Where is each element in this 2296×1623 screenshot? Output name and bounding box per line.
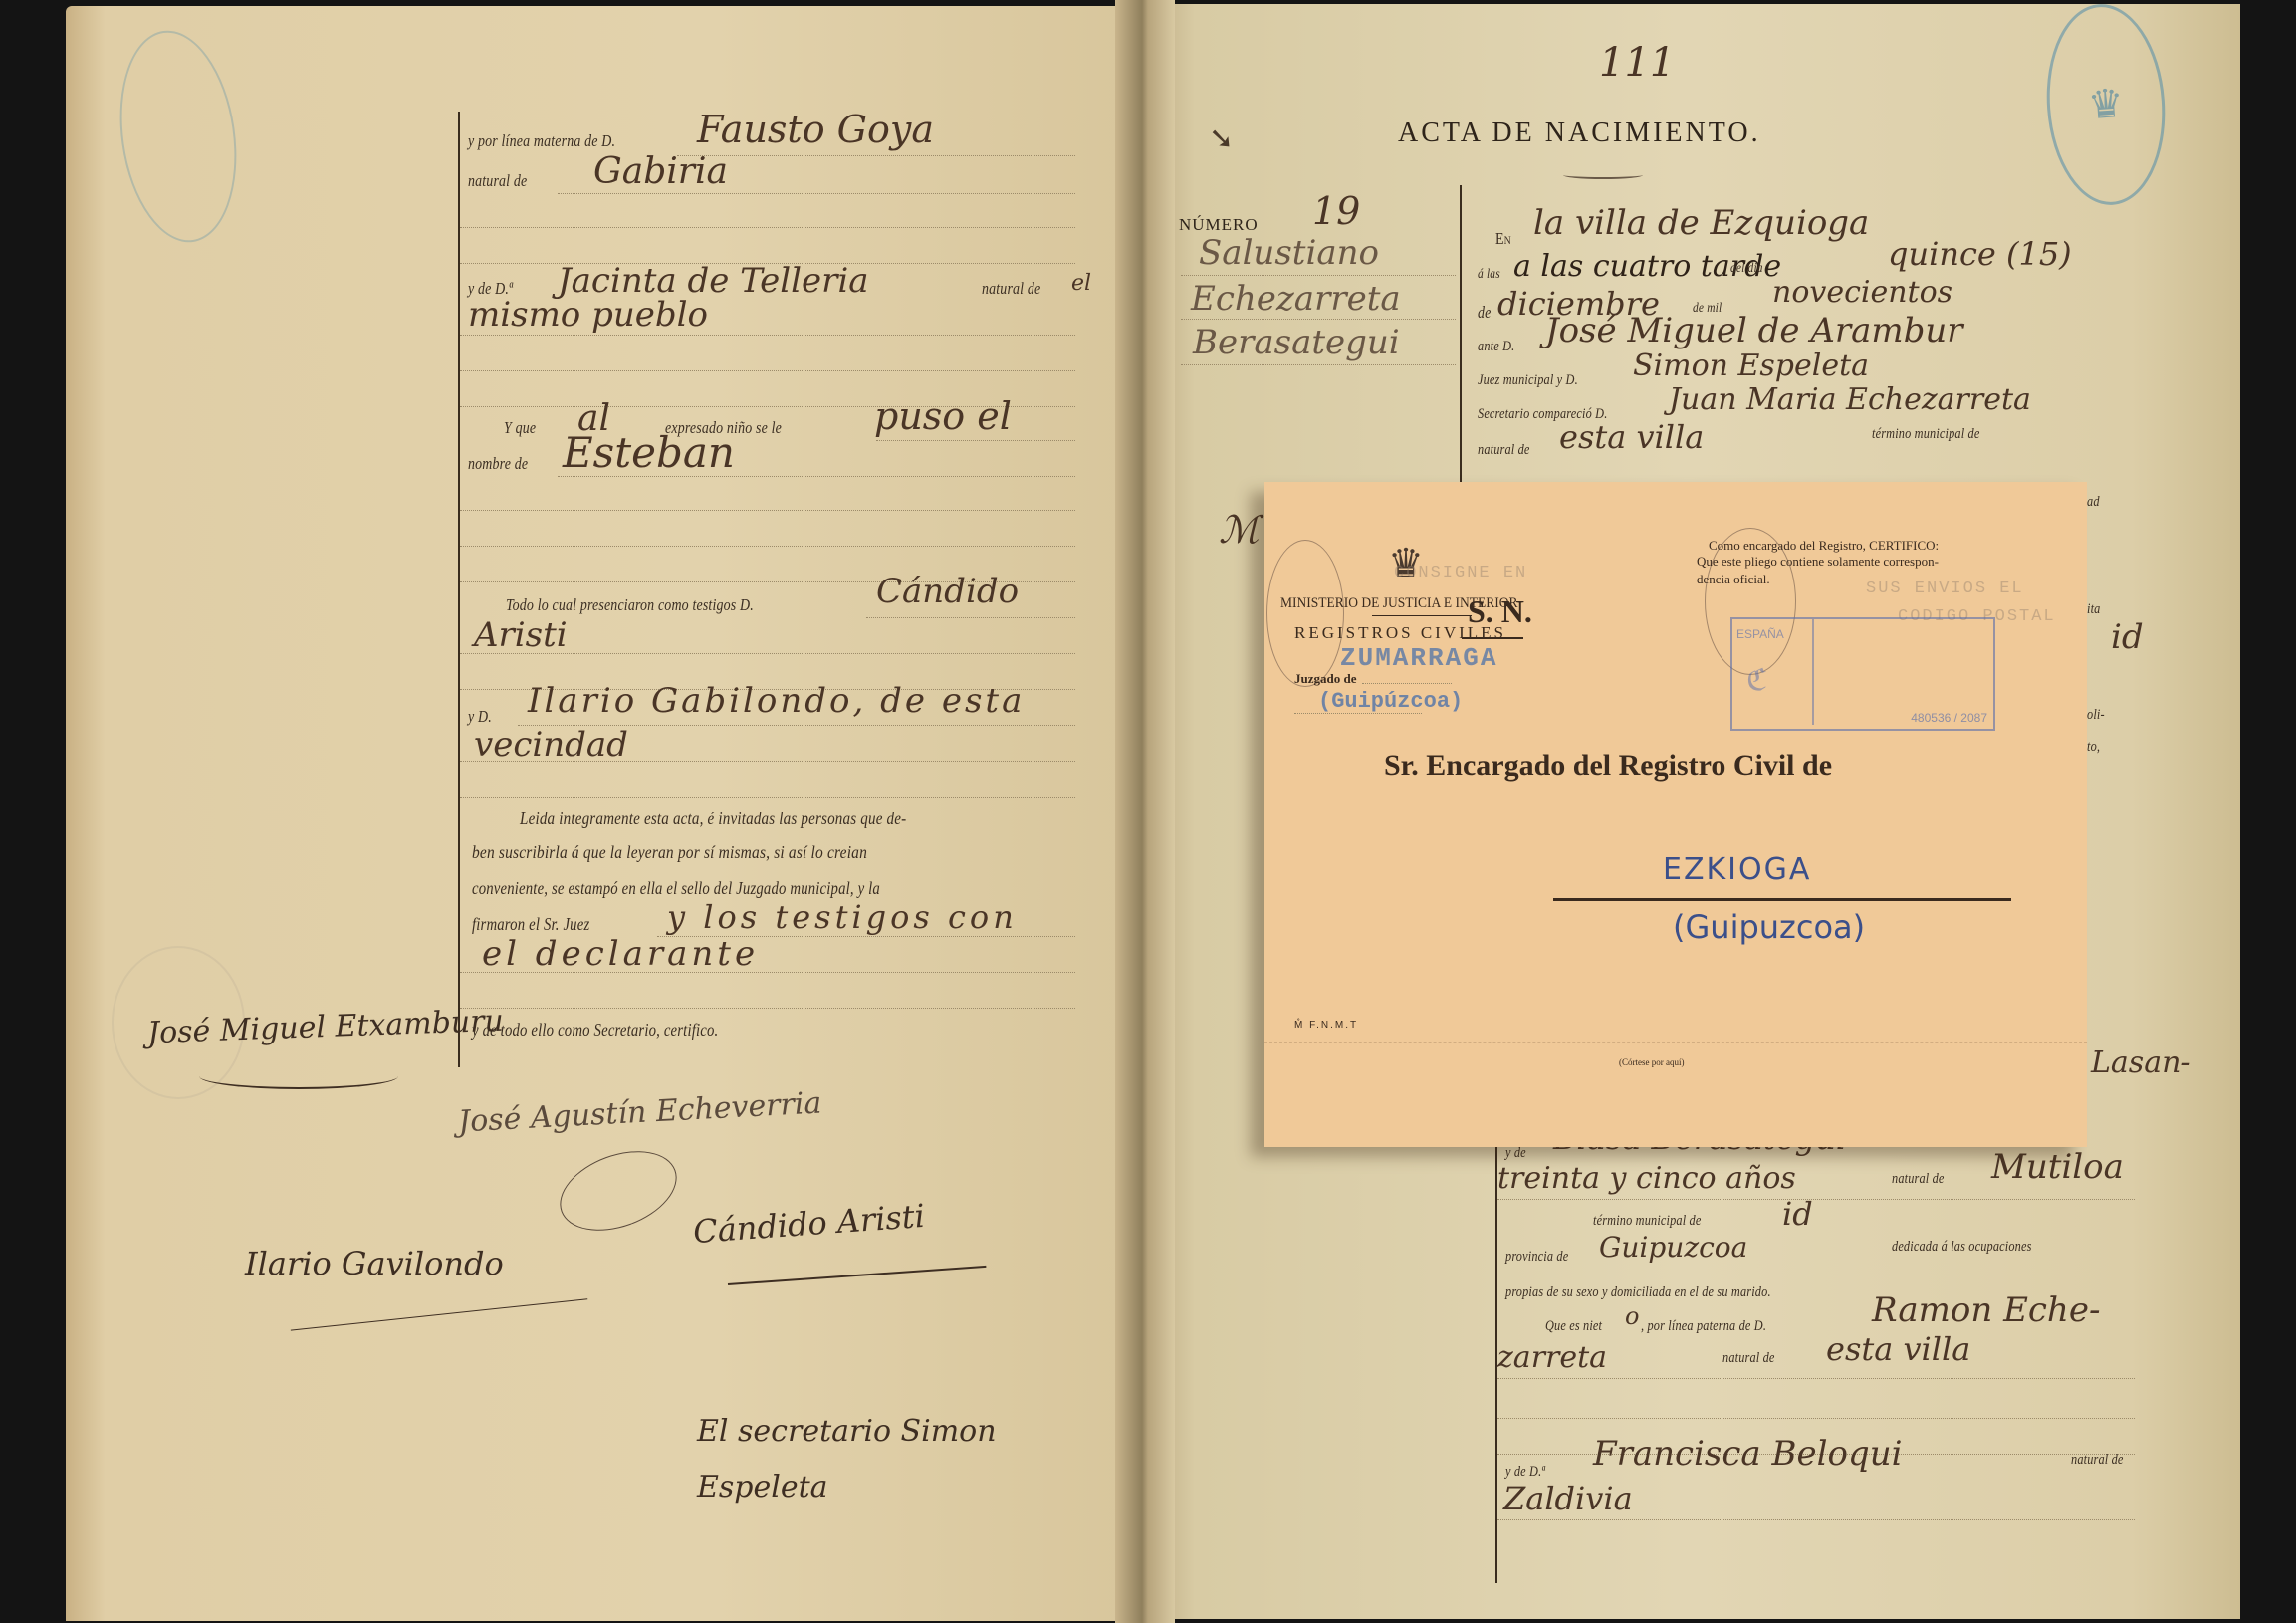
value-natural-madre: Mutiloa xyxy=(1991,1147,2124,1187)
destination-underline xyxy=(1553,898,2011,901)
ministry-underline xyxy=(1372,615,1472,616)
label-linea-materna: y por línea materna de D. xyxy=(468,131,615,151)
value-provincia: Guipuzcoa xyxy=(1599,1231,1747,1264)
dotted-rule xyxy=(460,653,1075,654)
book-gutter xyxy=(1115,0,1175,1623)
label-natural-de-abuelo: natural de xyxy=(1722,1350,1775,1367)
paragraph-line-3: conveniente, se estampó en ella el sello… xyxy=(472,878,880,899)
paragraph-handwritten-2: el declarante xyxy=(482,934,759,974)
dotted-rule xyxy=(460,546,1075,547)
label-en: En xyxy=(1495,229,1511,249)
title-acta-de-nacimiento: ACTA DE NACIMIENTO. xyxy=(1398,117,1761,149)
label-termino-municipal-2: término municipal de xyxy=(1593,1213,1702,1230)
value-natural-abuelo-paterno: esta villa xyxy=(1826,1330,1970,1368)
label-ante-d: ante D. xyxy=(1478,339,1514,355)
certification-line-2: Que este pliego contiene solamente corre… xyxy=(1697,554,1939,570)
margin-name-3: Berasategui xyxy=(1193,323,1400,362)
ghost-sus-envios: SUS ENVIOS EL xyxy=(1866,580,2024,598)
value-nombre-nino: Esteban xyxy=(563,428,735,477)
label-y-que: Y que xyxy=(504,418,536,438)
postage-paid-box: ESPAÑA 480536 / 2087 ℭ xyxy=(1730,617,1995,731)
label-testigos: Todo lo cual presenciaron como testigos … xyxy=(506,595,754,615)
value-natural-declarante: esta villa xyxy=(1559,418,1704,456)
dotted-rule xyxy=(1497,1378,2135,1379)
correos-logo-icon: ℭ xyxy=(1746,663,1767,698)
label-dedicada: dedicada á las ocupaciones xyxy=(1892,1239,2032,1256)
dotted-rule xyxy=(558,476,1075,477)
label-a-las: á las xyxy=(1478,267,1500,283)
dotted-rule xyxy=(1181,364,1456,365)
dotted-rule xyxy=(1181,319,1456,320)
label-termino-municipal: término municipal de xyxy=(1872,426,1980,443)
fragment-oli: oli- xyxy=(2087,707,2105,724)
juzgado-label: Juzgado de xyxy=(1294,671,1356,687)
label-nombre-de: nombre de xyxy=(468,454,528,474)
value-secretario: Simon Espeleta xyxy=(1633,348,1869,383)
label-de-mes: de xyxy=(1478,303,1491,323)
dotted-rule xyxy=(460,227,1075,228)
closing-line: y de todo ello como Secretario, certific… xyxy=(472,1020,718,1041)
certification-line-1: Como encargado del Registro, CERTIFICO: xyxy=(1709,538,1939,554)
label-del-dia: del dia xyxy=(1730,261,1763,277)
dotted-rule xyxy=(460,370,1075,371)
paragraph-line-1: Leida integramente esta acta, é invitada… xyxy=(520,809,906,829)
dotted-rule xyxy=(1181,275,1456,276)
addressee-label: Sr. Encargado del Registro Civil de xyxy=(1384,749,1832,783)
label-numero: NÚMERO xyxy=(1179,215,1259,235)
value-niet-o: o xyxy=(1625,1302,1639,1330)
value-natural-abuela-paterna: Zaldivia xyxy=(1503,1480,1633,1517)
cut-line xyxy=(1264,1042,2087,1043)
dotted-rule xyxy=(677,155,1075,156)
dotted-rule xyxy=(460,761,1075,762)
value-natural-abuelo: Gabiria xyxy=(593,151,728,192)
postage-country: ESPAÑA xyxy=(1736,627,1784,641)
dotted-rule xyxy=(1497,1199,2135,1200)
margin-name-2: Echezarreta xyxy=(1191,279,1401,319)
fragment-ita: ita xyxy=(2087,601,2100,618)
label-natural-de-madre: natural de xyxy=(1892,1171,1945,1188)
cut-here-label: (Córtese por aquí) xyxy=(1619,1057,1684,1067)
paragraph-line-2: ben suscribirla á que la leyeran por sí … xyxy=(472,842,867,863)
paragraph-line-4: firmaron el Sr. Juez xyxy=(472,914,589,935)
destination-province-handwritten: (Guipuzcoa) xyxy=(1673,908,1865,946)
value-dia: quince (15) xyxy=(1888,235,2072,273)
label-natural-de: natural de xyxy=(468,171,527,191)
value-abuela-paterna: Francisca Beloqui xyxy=(1593,1434,1902,1474)
dotted-rule xyxy=(460,972,1075,973)
value-vecindad: vecindad xyxy=(474,725,628,765)
juzgado-stamp: ZUMARRAGA xyxy=(1340,643,1497,673)
label-natural-de-abuela: natural de xyxy=(2071,1452,2124,1469)
value-el: el xyxy=(1071,271,1091,296)
fragment-to: to, xyxy=(2087,739,2100,756)
dotted-rule xyxy=(876,440,1075,441)
value-abuelo-paterno-2: zarreta xyxy=(1497,1340,1607,1375)
dotted-rule xyxy=(1497,1519,2135,1520)
label-y-de-madre: y de xyxy=(1505,1145,1526,1162)
margin-left-strokes: ℳ xyxy=(1219,508,1260,552)
destination-handwritten: EZKIOGA xyxy=(1663,852,1811,887)
dotted-rule xyxy=(1497,1418,2135,1419)
fnmt-mark: M̊ F.N.M.T xyxy=(1294,1020,1358,1031)
fragment-ad: ad xyxy=(2087,494,2100,511)
label-y-d: y D. xyxy=(468,707,492,727)
value-testigo-2: Ilario Gabilondo, de esta xyxy=(528,681,1025,721)
dotted-rule xyxy=(1294,713,1422,714)
value-mismo-pueblo: mismo pueblo xyxy=(468,295,708,335)
signature-secretario: El secretario Simon Espeleta xyxy=(697,1404,1055,1515)
value-testigo-1-apellido: Aristi xyxy=(474,615,568,655)
label-que-es-niet: Que es niet xyxy=(1545,1318,1602,1335)
postage-code: 480536 / 2087 xyxy=(1911,711,1987,725)
label-propias-sexo: propias de su sexo y domiciliada en el d… xyxy=(1505,1284,1771,1301)
value-ano: novecientos xyxy=(1772,275,1952,310)
dotted-rule xyxy=(460,335,1075,336)
value-abuelo-paterno: Ramon Eche- xyxy=(1872,1290,2100,1330)
postmark-left-icon xyxy=(1266,540,1344,687)
fragment-id: id xyxy=(2111,617,2144,657)
label-juez-municipal: Juez municipal y D. xyxy=(1478,372,1578,389)
ghost-consigne: CONSIGNE EN xyxy=(1394,564,1527,582)
value-testigo-1-nombre: Cándido xyxy=(876,572,1019,611)
value-puso-el: puso el xyxy=(874,394,1012,438)
value-edad-madre: treinta y cinco años xyxy=(1497,1161,1796,1196)
title-ornament xyxy=(1563,171,1643,179)
pointer-mark-icon: ➘ xyxy=(1209,121,1234,156)
folio-number: 111 xyxy=(1599,40,1675,86)
paragraph-handwritten-1: y los testigos con xyxy=(667,898,1018,936)
value-declarante: Juan Maria Echezarreta xyxy=(1669,382,2031,417)
signature-ilario: Ilario Gavilondo xyxy=(245,1245,504,1282)
label-linea-paterna: , por línea paterna de D. xyxy=(1641,1318,1766,1335)
dotted-rule xyxy=(460,797,1075,798)
province-stamp: (Guipúzcoa) xyxy=(1318,689,1463,714)
value-abuelo-materno: Fausto Goya xyxy=(697,108,934,151)
official-envelope: ♛ MINISTERIO DE JUSTICIA E INTERIOR REGI… xyxy=(1264,482,2087,1147)
left-column-rule xyxy=(458,112,460,1067)
value-termino: id xyxy=(1782,1195,1813,1233)
margin-name-1: Salustiano xyxy=(1199,233,1379,273)
label-natural-de-r: natural de xyxy=(1478,442,1530,459)
value-juez: José Miguel de Arambur xyxy=(1545,311,1963,350)
value-lugar: la villa de Ezquioga xyxy=(1533,203,1869,243)
fragment-lasan: Lasan- xyxy=(2091,1045,2191,1080)
certification-line-3: dencia oficial. xyxy=(1697,572,1770,587)
label-provincia-de: provincia de xyxy=(1505,1249,1568,1266)
label-y-de-dona-r: y de D.ª xyxy=(1505,1464,1545,1481)
dotted-rule xyxy=(866,617,1075,618)
dotted-rule xyxy=(460,510,1075,511)
signature-flourish xyxy=(199,1063,398,1089)
value-numero: 19 xyxy=(1312,189,1360,233)
dotted-rule xyxy=(460,1008,1075,1009)
sn-underline xyxy=(1462,637,1523,639)
dotted-rule xyxy=(558,193,1075,194)
sn-label: S. N. xyxy=(1468,593,1532,630)
dotted-rule xyxy=(1362,683,1452,684)
right-column-rule xyxy=(1460,185,1462,484)
label-natural-de-2: natural de xyxy=(982,279,1040,299)
